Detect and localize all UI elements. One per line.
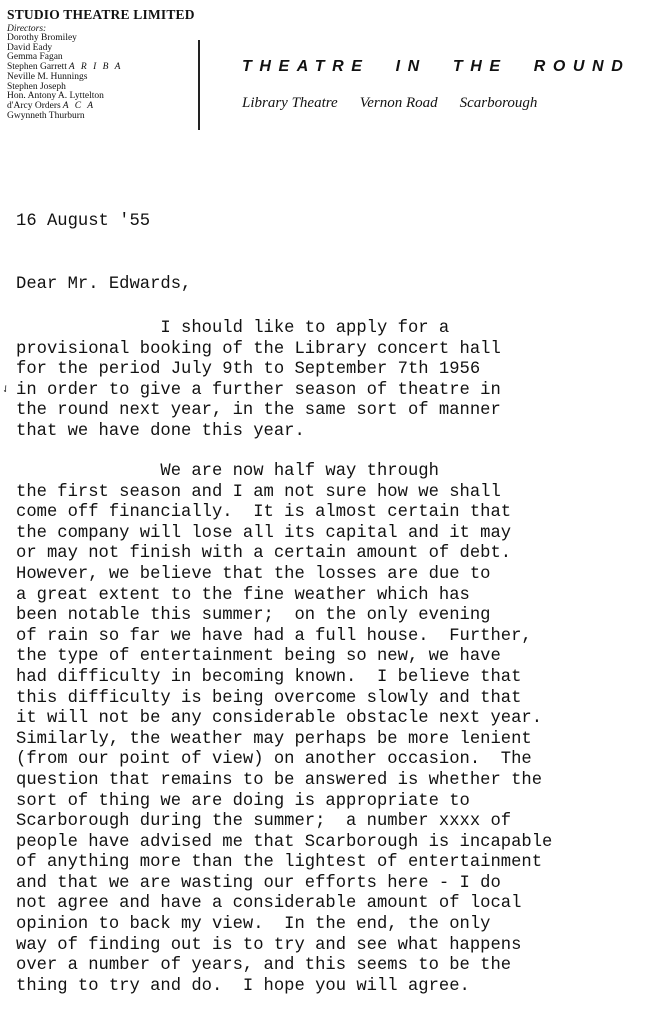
letterhead-divider bbox=[198, 40, 200, 130]
letter-line: in order to give a further season of the… bbox=[16, 381, 501, 402]
letter-line: sort of thing we are doing is appropriat… bbox=[16, 792, 552, 813]
director-name: Stephen Garrett bbox=[7, 62, 67, 72]
theatre-address: Library Theatre Vernon Road Scarborough bbox=[242, 95, 537, 112]
letter-line: this difficulty is being overcome slowly… bbox=[16, 689, 552, 710]
letter-line: of anything more than the lightest of en… bbox=[16, 853, 552, 874]
letter-line: provisional booking of the Library conce… bbox=[16, 340, 501, 361]
letter-line: a great extent to the fine weather which… bbox=[16, 586, 552, 607]
director-entry: Gwynneth Thurburn bbox=[7, 112, 195, 122]
letter-line: the type of entertainment being so new, … bbox=[16, 647, 552, 668]
director-name: David Eady bbox=[7, 43, 52, 53]
margin-check-mark-icon: ✓ bbox=[0, 383, 13, 397]
letter-paragraph-2: We are now half way throughthe first sea… bbox=[16, 462, 552, 997]
theatre-title: THEATRE IN THE ROUND bbox=[242, 58, 630, 76]
address-town: Scarborough bbox=[460, 95, 538, 112]
director-name: Dorothy Bromiley bbox=[7, 33, 77, 43]
company-name: STUDIO THEATRE LIMITED bbox=[7, 7, 195, 23]
director-name: Neville M. Hunnings bbox=[7, 72, 87, 82]
letter-line: Similarly, the weather may perhaps be mo… bbox=[16, 730, 552, 751]
letter-line: over a number of years, and this seems t… bbox=[16, 956, 552, 977]
director-qualification: A C A bbox=[63, 101, 95, 111]
letter-line: and that we are wasting our efforts here… bbox=[16, 874, 552, 895]
letter-line: the round next year, in the same sort of… bbox=[16, 401, 501, 422]
letter-line: Scarborough during the summer; a number … bbox=[16, 812, 552, 833]
director-name: Gemma Fagan bbox=[7, 52, 63, 62]
letter-line: for the period July 9th to September 7th… bbox=[16, 360, 501, 381]
letterhead-company-block: STUDIO THEATRE LIMITED Directors: Doroth… bbox=[7, 7, 195, 121]
letter-line: or may not finish with a certain amount … bbox=[16, 544, 552, 565]
letter-line: (from our point of view) on another occa… bbox=[16, 750, 552, 771]
letter-line: people have advised me that Scarborough … bbox=[16, 833, 552, 854]
director-qualification: A R I B A bbox=[69, 62, 123, 72]
directors-list: Dorothy BromileyDavid EadyGemma FaganSte… bbox=[7, 34, 195, 121]
letter-line: opinion to back my view. In the end, the… bbox=[16, 915, 552, 936]
letter-salutation: Dear Mr. Edwards, bbox=[16, 275, 191, 294]
letter-line: come off financially. It is almost certa… bbox=[16, 503, 552, 524]
letter-line: been notable this summer; on the only ev… bbox=[16, 606, 552, 627]
letter-line: thing to try and do. I hope you will agr… bbox=[16, 977, 552, 998]
director-name: Stephen Joseph bbox=[7, 82, 66, 92]
letter-line: way of finding out is to try and see wha… bbox=[16, 936, 552, 957]
letter-paragraph-1: I should like to apply for aprovisional … bbox=[16, 319, 501, 443]
director-name: d'Arcy Orders bbox=[7, 101, 61, 111]
letter-date: 16 August '55 bbox=[16, 212, 150, 231]
director-name: Hon. Antony A. Lyttelton bbox=[7, 91, 104, 101]
letter-line: I should like to apply for a bbox=[16, 319, 501, 340]
director-name: Gwynneth Thurburn bbox=[7, 111, 85, 121]
letter-line: had difficulty in becoming known. I beli… bbox=[16, 668, 552, 689]
letter-line: it will not be any considerable obstacle… bbox=[16, 709, 552, 730]
address-street: Vernon Road bbox=[360, 95, 438, 112]
letter-line: the company will lose all its capital an… bbox=[16, 524, 552, 545]
letter-line: that we have done this year. bbox=[16, 422, 501, 443]
letter-line: not agree and have a considerable amount… bbox=[16, 894, 552, 915]
letter-line: We are now half way through bbox=[16, 462, 552, 483]
address-venue: Library Theatre bbox=[242, 95, 338, 112]
letter-line: question that remains to be answered is … bbox=[16, 771, 552, 792]
letter-line: the first season and I am not sure how w… bbox=[16, 483, 552, 504]
letter-line: of rain so far we have had a full house.… bbox=[16, 627, 552, 648]
letter-line: However, we believe that the losses are … bbox=[16, 565, 552, 586]
